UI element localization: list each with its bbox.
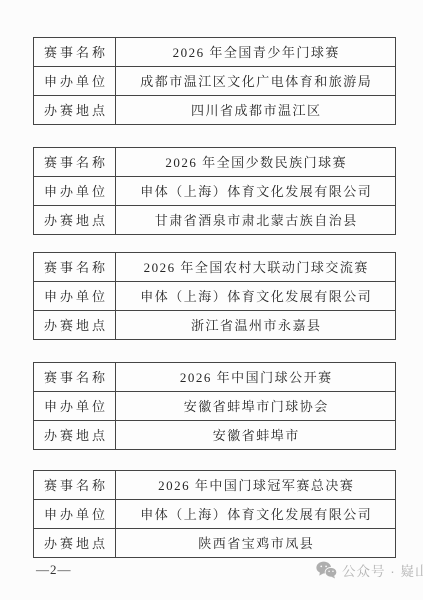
venue-value: 甘肃省酒泉市肃北蒙古族自治县 (116, 206, 395, 234)
table-row: 赛事名称 2026 年中国门球公开赛 (34, 363, 395, 391)
table-row: 办赛地点 浙江省温州市永嘉县 (34, 310, 395, 339)
event-name-label: 赛事名称 (34, 38, 116, 66)
table-row: 办赛地点 四川省成都市温江区 (34, 95, 395, 124)
event-name-value: 2026 年中国门球公开赛 (116, 363, 395, 391)
table-row: 赛事名称 2026 年中国门球冠军赛总决赛 (34, 471, 395, 499)
event-name-value: 2026 年全国少数民族门球赛 (116, 148, 395, 176)
venue-label: 办赛地点 (34, 96, 116, 124)
event-table-2: 赛事名称 2026 年全国少数民族门球赛 申办单位 申体（上海）体育文化发展有限… (33, 147, 396, 235)
organizer-value: 安徽省蚌埠市门球协会 (116, 392, 395, 420)
event-table-4: 赛事名称 2026 年中国门球公开赛 申办单位 安徽省蚌埠市门球协会 办赛地点 … (33, 362, 396, 450)
table-row: 办赛地点 陕西省宝鸡市凤县 (34, 528, 395, 557)
event-table-5: 赛事名称 2026 年中国门球冠军赛总决赛 申办单位 申体（上海）体育文化发展有… (33, 470, 396, 558)
organizer-label: 申办单位 (34, 67, 116, 95)
organizer-label: 申办单位 (34, 177, 116, 205)
table-row: 申办单位 申体（上海）体育文化发展有限公司 (34, 281, 395, 310)
event-name-label: 赛事名称 (34, 148, 116, 176)
table-row: 赛事名称 2026 年全国青少年门球赛 (34, 38, 395, 66)
event-name-value: 2026 年全国农村大联动门球交流赛 (116, 253, 395, 281)
venue-value: 浙江省温州市永嘉县 (116, 311, 395, 339)
organizer-value: 申体（上海）体育文化发展有限公司 (116, 500, 395, 528)
organizer-label: 申办单位 (34, 282, 116, 310)
event-name-label: 赛事名称 (34, 471, 116, 499)
event-name-value: 2026 年中国门球冠军赛总决赛 (116, 471, 395, 499)
watermark: 公众号 · 嶷山广 (316, 560, 423, 580)
organizer-label: 申办单位 (34, 500, 116, 528)
table-row: 办赛地点 安徽省蚌埠市 (34, 420, 395, 449)
table-row: 申办单位 安徽省蚌埠市门球协会 (34, 391, 395, 420)
venue-label: 办赛地点 (34, 206, 116, 234)
venue-label: 办赛地点 (34, 529, 116, 557)
event-name-label: 赛事名称 (34, 363, 116, 391)
venue-value: 陕西省宝鸡市凤县 (116, 529, 395, 557)
event-table-3: 赛事名称 2026 年全国农村大联动门球交流赛 申办单位 申体（上海）体育文化发… (33, 252, 396, 340)
table-row: 赛事名称 2026 年全国少数民族门球赛 (34, 148, 395, 176)
organizer-label: 申办单位 (34, 392, 116, 420)
organizer-value: 申体（上海）体育文化发展有限公司 (116, 177, 395, 205)
event-table-1: 赛事名称 2026 年全国青少年门球赛 申办单位 成都市温江区文化广电体育和旅游… (33, 37, 396, 125)
table-row: 申办单位 申体（上海）体育文化发展有限公司 (34, 176, 395, 205)
venue-label: 办赛地点 (34, 421, 116, 449)
venue-value: 安徽省蚌埠市 (116, 421, 395, 449)
table-row: 赛事名称 2026 年全国农村大联动门球交流赛 (34, 253, 395, 281)
event-name-label: 赛事名称 (34, 253, 116, 281)
document-page: 赛事名称 2026 年全国青少年门球赛 申办单位 成都市温江区文化广电体育和旅游… (0, 0, 423, 600)
watermark-text: 公众号 · 嶷山广 (342, 560, 423, 580)
organizer-value: 申体（上海）体育文化发展有限公司 (116, 282, 395, 310)
page-number: —2— (36, 562, 72, 578)
wechat-icon (316, 561, 337, 579)
event-name-value: 2026 年全国青少年门球赛 (116, 38, 395, 66)
table-row: 申办单位 成都市温江区文化广电体育和旅游局 (34, 66, 395, 95)
table-row: 申办单位 申体（上海）体育文化发展有限公司 (34, 499, 395, 528)
venue-label: 办赛地点 (34, 311, 116, 339)
venue-value: 四川省成都市温江区 (116, 96, 395, 124)
table-row: 办赛地点 甘肃省酒泉市肃北蒙古族自治县 (34, 205, 395, 234)
organizer-value: 成都市温江区文化广电体育和旅游局 (116, 67, 395, 95)
